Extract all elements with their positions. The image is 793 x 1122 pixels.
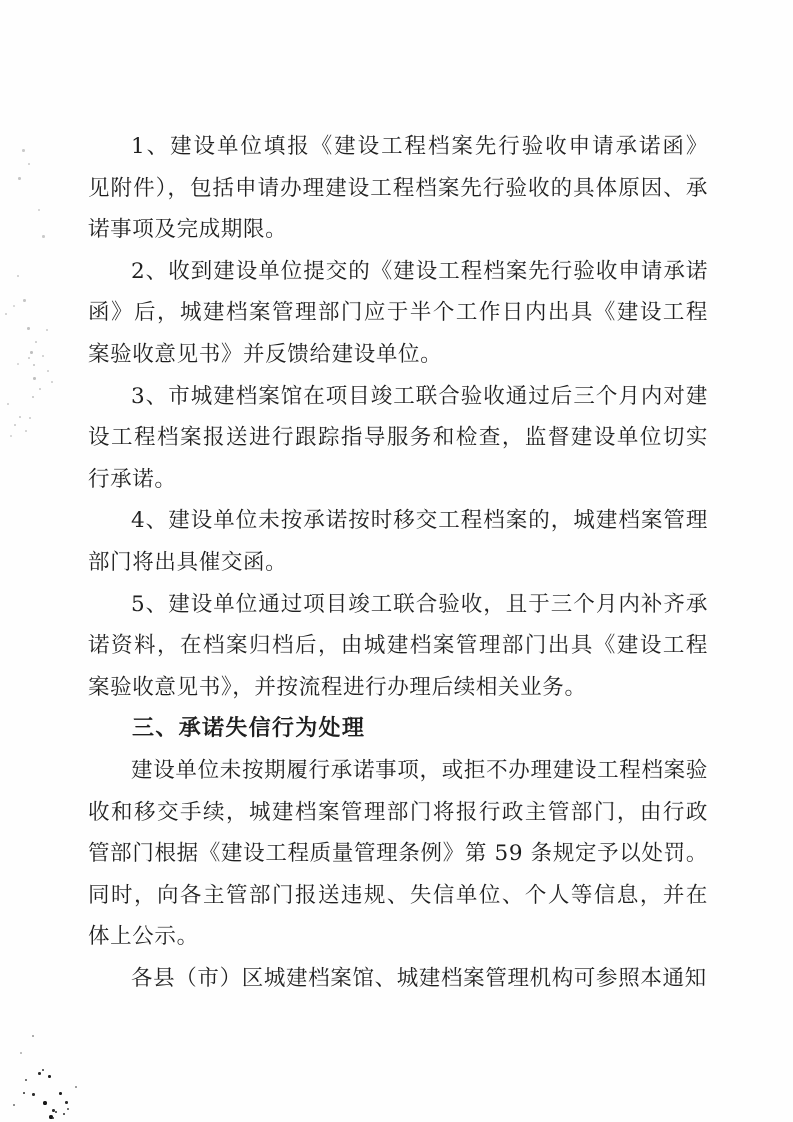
- scan-speckle: [28, 163, 30, 165]
- scan-speckle: [32, 1035, 34, 1037]
- paragraph: 建设单位未按期履行承诺事项，或拒不办理建设工程档案验收和移交手续，城建档案管理部…: [88, 750, 708, 958]
- scan-speckle: [52, 1109, 55, 1112]
- document-body: 1、建设单位填报《建设工程档案先行验收申请承诺函》（详见附件），包括申请办理建设…: [88, 126, 708, 999]
- scan-speckle: [10, 435, 12, 437]
- scan-speckle: [25, 430, 27, 432]
- scan-speckle: [51, 381, 53, 383]
- text-line: 体上公示。: [88, 916, 708, 958]
- text-line: 三、承诺失信行为处理: [88, 708, 708, 750]
- scan-speckle: [27, 327, 30, 330]
- text-line: 诺资料，在档案归档后，由城建档案管理部门出具《建设工程档: [88, 625, 708, 667]
- scan-speckle: [49, 1115, 53, 1119]
- scan-speckle: [13, 305, 15, 307]
- scan-speckle: [75, 1086, 77, 1088]
- scan-speckle: [39, 388, 41, 390]
- text-line: 案验收意见书》，并按流程进行办理后续相关业务。: [88, 667, 708, 709]
- text-line: 5、建设单位通过项目竣工联合验收，且于三个月内补齐承: [88, 584, 708, 626]
- scan-speckle: [47, 370, 49, 372]
- scan-speckle: [65, 1101, 68, 1104]
- text-line: 管部门根据《建设工程质量管理条例》第 59 条规定予以处罚。: [88, 833, 708, 875]
- text-line: 2、收到建设单位提交的《建设工程档案先行验收申请承诺: [88, 251, 708, 293]
- text-line: 函》后，城建档案管理部门应于半个工作日内出具《建设工程档: [88, 292, 708, 334]
- scan-speckle: [17, 363, 19, 365]
- scan-speckle: [7, 403, 9, 405]
- scan-speckle: [23, 299, 26, 302]
- scan-speckle: [28, 357, 30, 359]
- scan-speckle: [52, 1117, 54, 1119]
- paragraph: 1、建设单位填报《建设工程档案先行验收申请承诺函》（详见附件），包括申请办理建设…: [88, 126, 708, 251]
- text-line: 各县（市）区城建档案馆、城建档案管理机构可参照本通知: [88, 958, 708, 1000]
- scan-speckle: [5, 313, 7, 315]
- text-line: 同时，向各主管部门报送违规、失信单位、个人等信息，并在媒: [88, 875, 708, 917]
- scan-speckle: [32, 1093, 35, 1096]
- scan-speckle: [17, 275, 19, 277]
- scan-speckle: [67, 1108, 69, 1110]
- section-heading: 三、承诺失信行为处理: [88, 708, 708, 750]
- scan-speckle: [63, 1113, 65, 1115]
- text-line: 3、市城建档案馆在项目竣工联合验收通过后三个月内对建: [88, 376, 708, 418]
- text-line: 案验收意见书》并反馈给建设单位。: [88, 334, 708, 376]
- scan-speckle: [22, 149, 25, 152]
- paragraph: 5、建设单位通过项目竣工联合验收，且于三个月内补齐承诺资料，在档案归档后，由城建…: [88, 584, 708, 709]
- text-line: 诺事项及完成期限。: [88, 209, 708, 251]
- scan-speckle: [59, 1092, 62, 1095]
- scan-speckle: [55, 1111, 57, 1113]
- paragraph: 各县（市）区城建档案馆、城建档案管理机构可参照本通知: [88, 958, 708, 1000]
- scan-speckle: [32, 396, 34, 398]
- scan-speckle: [19, 416, 21, 418]
- text-line: 见附件），包括申请办理建设工程档案先行验收的具体原因、承: [88, 168, 708, 210]
- scan-speckle: [33, 377, 36, 380]
- scan-speckle: [25, 1079, 27, 1081]
- scan-speckle: [18, 177, 21, 180]
- text-line: 建设单位未按期履行承诺事项，或拒不办理建设工程档案验: [88, 750, 708, 792]
- scan-speckle: [42, 235, 45, 238]
- scan-speckle: [23, 1092, 25, 1094]
- text-line: 4、建设单位未按承诺按时移交工程档案的，城建档案管理: [88, 500, 708, 542]
- text-line: 收和移交手续，城建档案管理部门将报行政主管部门，由行政主: [88, 792, 708, 834]
- paragraph: 3、市城建档案馆在项目竣工联合验收通过后三个月内对建设工程档案报送进行跟踪指导服…: [88, 376, 708, 501]
- scan-speckle: [13, 1104, 15, 1106]
- scan-speckle: [38, 209, 40, 211]
- scan-speckle: [33, 364, 35, 366]
- text-line: 1、建设单位填报《建设工程档案先行验收申请承诺函》（详: [88, 126, 708, 168]
- scan-speckle: [14, 424, 16, 426]
- paragraph: 2、收到建设单位提交的《建设工程档案先行验收申请承诺函》后，城建档案管理部门应于…: [88, 251, 708, 376]
- scan-speckle: [35, 341, 37, 343]
- scan-speckle: [20, 1052, 22, 1054]
- document-page: 1、建设单位填报《建设工程档案先行验收申请承诺函》（详见附件），包括申请办理建设…: [0, 0, 793, 1122]
- scan-speckle: [30, 351, 33, 354]
- paragraph: 4、建设单位未按承诺按时移交工程档案的，城建档案管理部门将出具催交函。: [88, 500, 708, 583]
- text-line: 设工程档案报送进行跟踪指导服务和检查，监督建设单位切实履: [88, 417, 708, 459]
- scan-speckle: [48, 1075, 51, 1078]
- text-line: 行承诺。: [88, 459, 708, 501]
- text-line: 部门将出具催交函。: [88, 542, 708, 584]
- scan-speckle: [46, 329, 48, 331]
- scan-speckle: [42, 355, 44, 357]
- scan-speckle: [42, 1069, 44, 1071]
- scan-speckle: [38, 1072, 41, 1075]
- scan-speckle: [29, 417, 31, 419]
- scan-speckle: [43, 1101, 47, 1105]
